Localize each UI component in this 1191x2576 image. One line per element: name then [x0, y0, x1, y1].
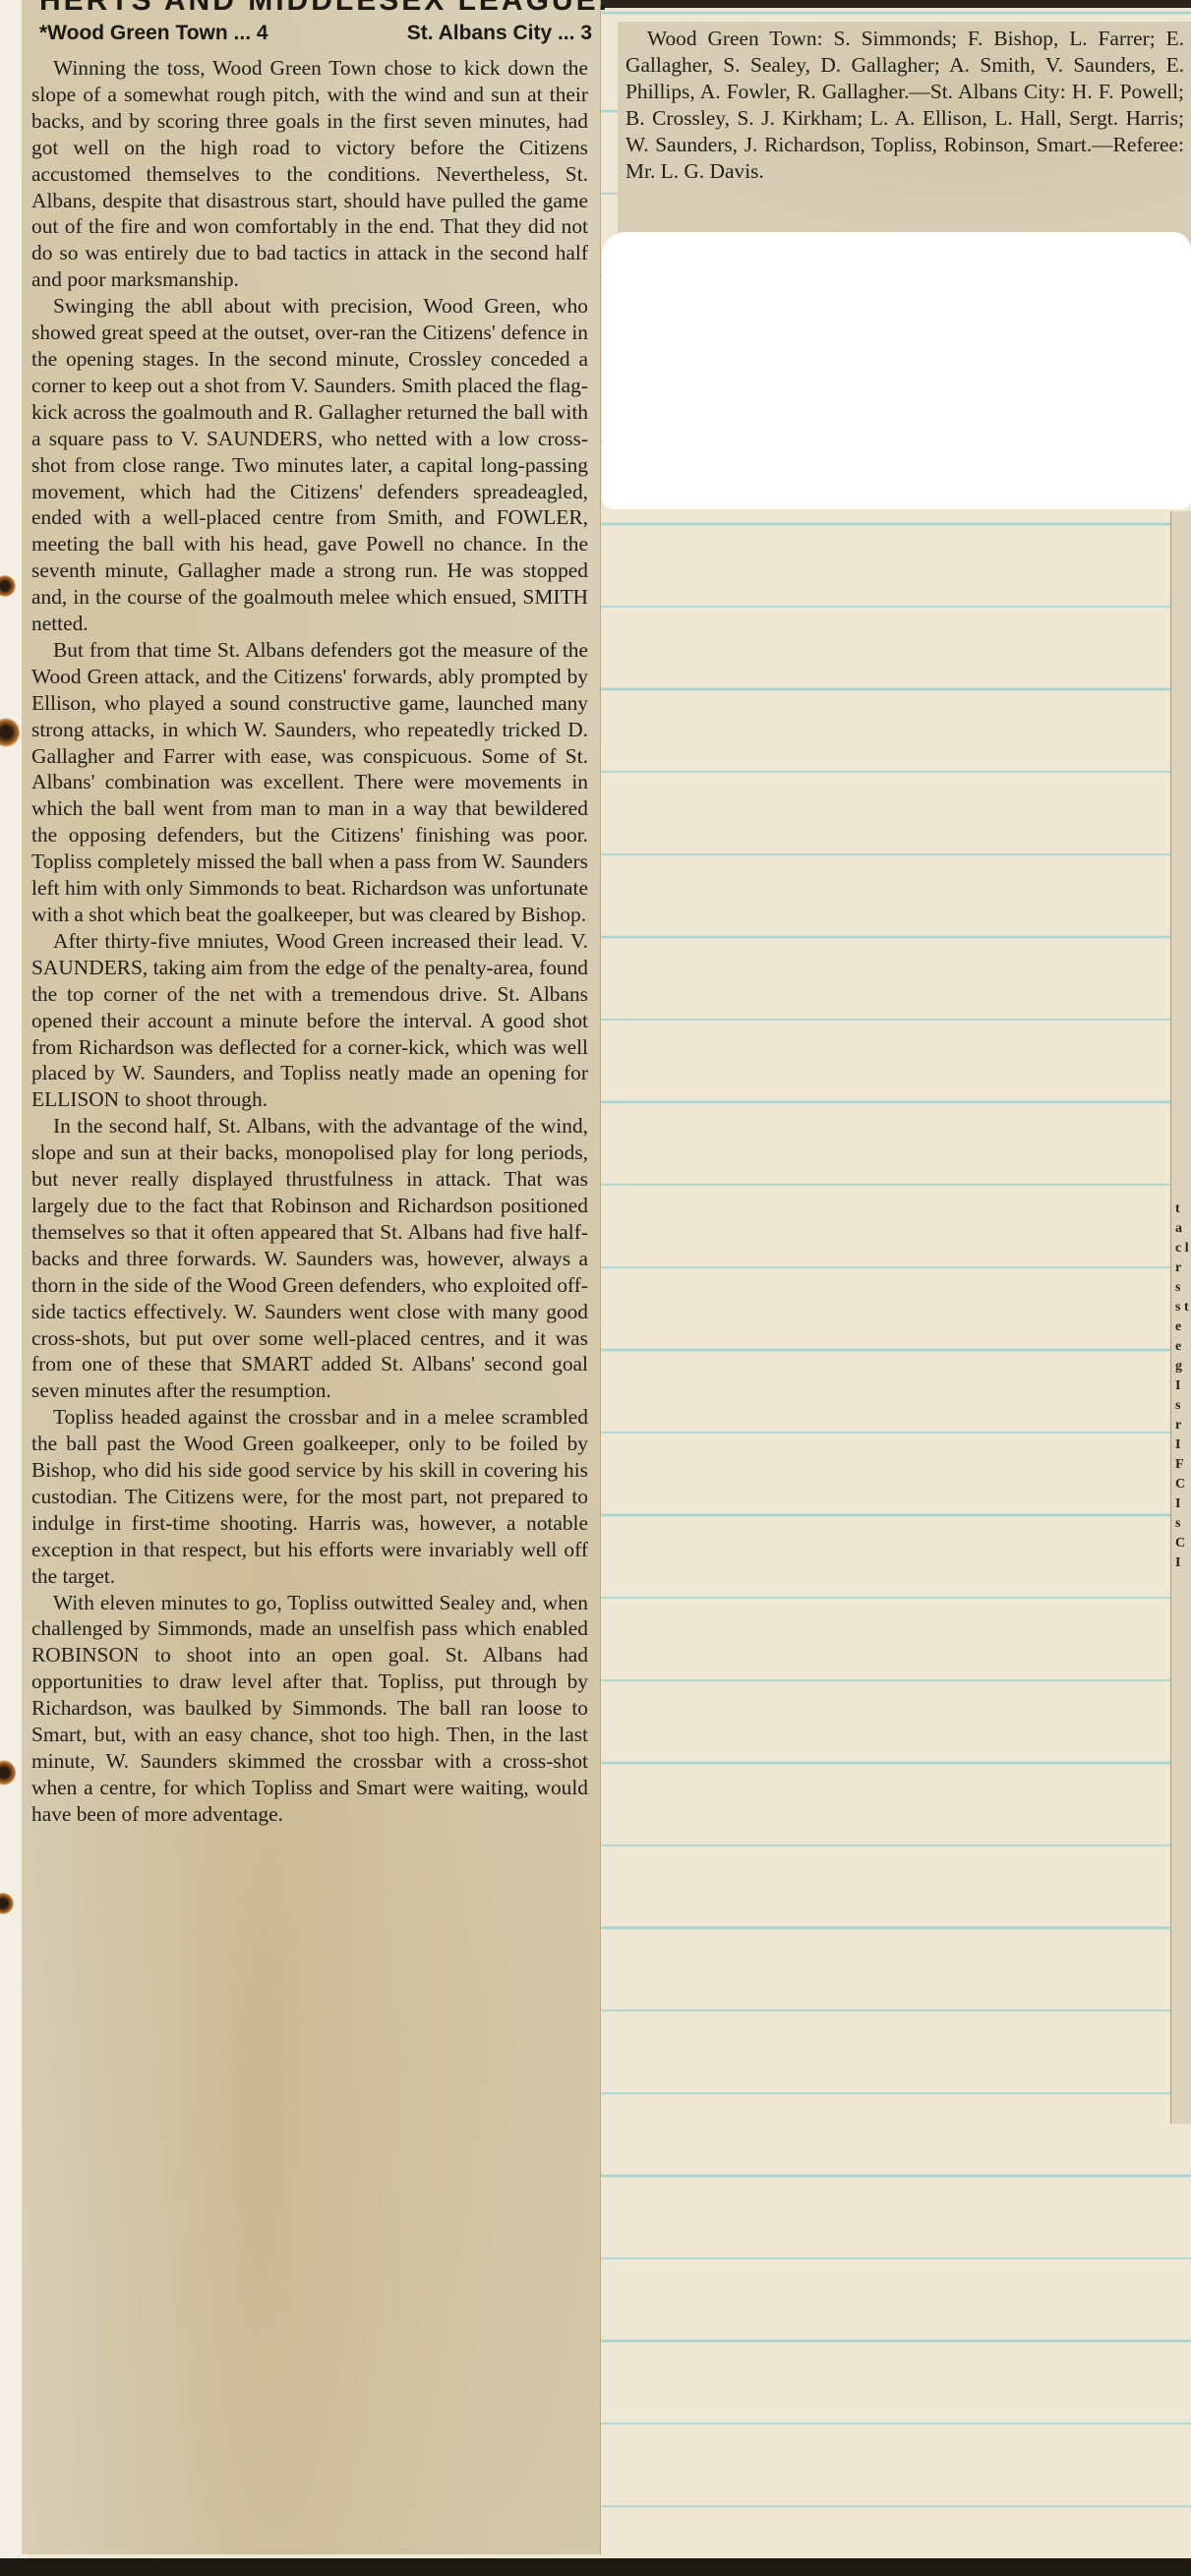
match-report-clipping: HERTS AND MIDDLESEX LEAGUE. *Wood Green …: [22, 0, 600, 2554]
lineups-paragraph: Wood Green Town: S. Simmonds; F. Bishop,…: [625, 26, 1184, 184]
report-paragraph: Winning the toss, Wood Green Town chose …: [31, 55, 588, 293]
partial-clipping-right: t a c l r s s t e e g I s r I F C I s C …: [1170, 511, 1191, 2124]
match-result-headline: *Wood Green Town ... 4 St. Albans City .…: [39, 22, 592, 45]
page-edge-bottom: [0, 2558, 1191, 2576]
away-team-result: St. Albans City ... 3: [407, 22, 592, 45]
page-edge-top: [590, 0, 1191, 8]
match-report-body: Winning the toss, Wood Green Town chose …: [31, 55, 588, 1828]
report-paragraph: But from that time St. Albans defenders …: [31, 637, 588, 928]
team-lineups: Wood Green Town: S. Simmonds; F. Bishop,…: [625, 26, 1184, 184]
partial-clipping-text: t a c l r s s t e e g I s r I F C I s C …: [1175, 1200, 1189, 1573]
away-score: 3: [580, 22, 592, 44]
home-score: 4: [257, 22, 268, 44]
away-team: St. Albans City ...: [407, 22, 575, 44]
league-heading: HERTS AND MIDDLESEX LEAGUE.: [39, 0, 590, 18]
report-paragraph: With eleven minutes to go, Topliss out­w…: [31, 1590, 588, 1828]
report-paragraph: Swinging the abll about with precision, …: [31, 293, 588, 637]
report-paragraph: Topliss headed against the crossbar and …: [31, 1404, 588, 1589]
report-paragraph: In the second half, St. Albans, with the…: [31, 1113, 588, 1404]
redacted-area: [602, 232, 1191, 509]
home-team-result: *Wood Green Town ... 4: [39, 22, 268, 45]
team-lineups-clipping: Wood Green Town: S. Simmonds; F. Bishop,…: [618, 22, 1191, 250]
report-paragraph: After thirty-five mniutes, Wood Green in…: [31, 928, 588, 1113]
home-team: *Wood Green Town ...: [39, 22, 251, 44]
